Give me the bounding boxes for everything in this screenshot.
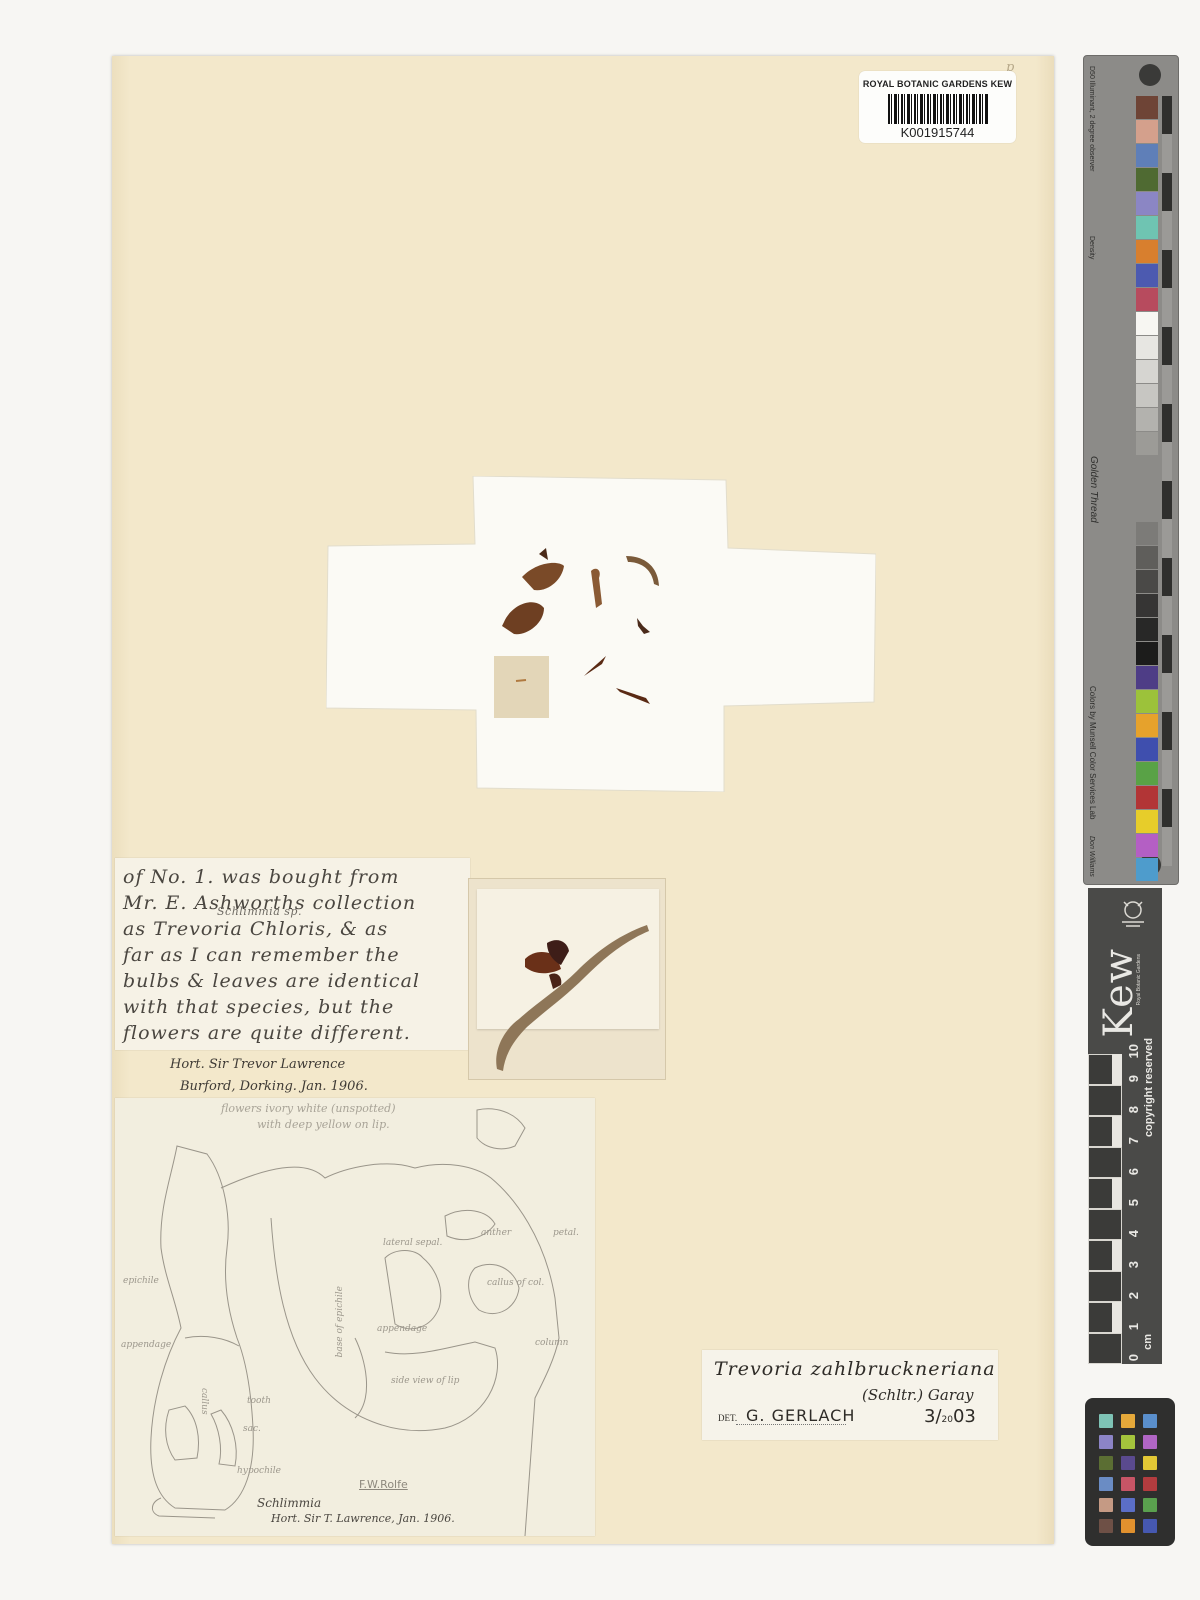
taxon-authority: (Schltr.) Garay	[862, 1386, 973, 1404]
checker-color-patch	[1143, 1435, 1157, 1449]
note-line: bulbs & leaves are identical	[123, 968, 462, 994]
drawing-caption-line: Hort. Sir T. Lawrence, Jan. 1906.	[271, 1512, 455, 1525]
label-epichile: epichile	[123, 1276, 159, 1286]
kew-cm-ruler	[1088, 1048, 1122, 1364]
pencil-drawing: flowers ivory white (unspotted) with dee…	[115, 1098, 595, 1536]
cm-tick-label: 3	[1126, 1261, 1141, 1268]
ruler-color-swatch	[1136, 384, 1158, 407]
cm-tick-label: 9	[1126, 1075, 1141, 1082]
checker-color-patch	[1121, 1519, 1135, 1533]
cm-tick-label: 8	[1126, 1106, 1141, 1113]
label-column: column	[535, 1338, 568, 1348]
ruler-header: D50 Illuminant, 2 degree observer	[1088, 66, 1095, 171]
orchid-drawing-icon	[115, 1098, 595, 1536]
note-line: far as I can remember the	[123, 942, 462, 968]
cm-tick-label: 7	[1126, 1137, 1141, 1144]
checker-color-patch	[1143, 1477, 1157, 1491]
ruler-color-swatch	[1136, 522, 1158, 545]
artist-signature: F.W.Rolfe	[359, 1478, 408, 1491]
label-hypochile: hypochile	[237, 1466, 281, 1476]
cm-segment-marker	[1112, 1302, 1122, 1333]
label-appendage-center: appendage	[377, 1324, 427, 1334]
checker-color-patch	[1143, 1519, 1157, 1533]
ruler-color-swatch	[1136, 96, 1158, 119]
kew-scale-bar: Kew Royal Botanic Gardens copyright rese…	[1088, 888, 1162, 1364]
checker-color-patch	[1121, 1435, 1135, 1449]
cm-tick-label: 5	[1126, 1199, 1141, 1206]
checker-color-patch	[1143, 1414, 1157, 1428]
checker-color-patch	[1121, 1414, 1135, 1428]
ruler-color-swatch	[1136, 714, 1158, 737]
checker-color-patch	[1143, 1498, 1157, 1512]
note-line: flowers are quite different.	[123, 1020, 462, 1046]
label-lateral-sepal: lateral sepal.	[383, 1238, 442, 1248]
checker-color-patch	[1099, 1435, 1113, 1449]
cm-tick-label: 2	[1126, 1292, 1141, 1299]
ruler-color-swatch	[1136, 618, 1158, 641]
copyright-text: copyright reserved	[1143, 1038, 1155, 1137]
det-label: DET.	[718, 1413, 737, 1423]
flower-envelope	[468, 878, 666, 1080]
label-callus-of-column: callus of col.	[487, 1278, 544, 1288]
ruler-color-swatch	[1136, 666, 1158, 689]
cm-tick-label: 0	[1126, 1354, 1141, 1361]
checker-color-patch	[1099, 1477, 1113, 1491]
ruler-hole-icon	[1139, 64, 1161, 86]
note-insertion: Schlimmia sp.	[217, 899, 302, 925]
ruler-color-swatch	[1136, 408, 1158, 431]
taxon-name: Trevoria zahlbruckneriana	[714, 1358, 996, 1380]
color-calibration-ruler: D50 Illuminant, 2 degree observer Densit…	[1083, 55, 1179, 885]
royal-crest-icon	[1118, 896, 1148, 930]
cm-segment-marker	[1112, 1240, 1122, 1271]
cm-segment	[1088, 1271, 1122, 1302]
label-side-view-of-lip: side view of lip	[391, 1376, 459, 1386]
kew-logo-subtitle: Royal Botanic Gardens	[1136, 954, 1142, 1005]
institution-name: ROYAL BOTANIC GARDENS KEW	[859, 79, 1016, 89]
ruler-color-swatch	[1136, 336, 1158, 359]
color-checker-card	[1085, 1398, 1175, 1546]
barcode-label: ROYAL BOTANIC GARDENS KEW K001915744	[859, 71, 1016, 143]
date-day-month: 3/	[924, 1406, 942, 1427]
checker-color-patch	[1143, 1456, 1157, 1470]
checker-color-patch	[1099, 1498, 1113, 1512]
cm-segment	[1088, 1209, 1122, 1240]
determination-date: 3/2003	[924, 1406, 976, 1427]
locality-note: Hort. Sir Trevor Lawrence Burford, Dorki…	[170, 1054, 368, 1098]
ruler-color-swatch	[1136, 120, 1158, 143]
ruler-color-swatch	[1136, 360, 1158, 383]
cm-tick-label: 4	[1126, 1230, 1141, 1237]
ruler-cm-scale	[1162, 96, 1172, 866]
ruler-footer: Colors by Munsell Color Services Lab	[1088, 686, 1097, 819]
label-sac: sac.	[243, 1424, 261, 1434]
cm-segment-marker	[1112, 1116, 1122, 1147]
handwritten-note: of No. 1. was bought from Mr. E. Ashwort…	[115, 858, 470, 1050]
ruler-color-swatch	[1136, 168, 1158, 191]
checker-color-patch	[1121, 1456, 1135, 1470]
cm-unit-label: cm	[1142, 1334, 1154, 1350]
note-line: of No. 1. was bought from	[123, 864, 462, 890]
cm-segment	[1088, 1085, 1122, 1116]
ruler-color-swatch	[1136, 192, 1158, 215]
cm-tick-label: 6	[1126, 1168, 1141, 1175]
pressed-flower-icon	[469, 879, 667, 1081]
label-anther: anther	[481, 1228, 511, 1238]
drawing-header-line: with deep yellow on lip.	[257, 1118, 390, 1131]
ruler-color-swatch	[1136, 570, 1158, 593]
ruler-color-swatch	[1136, 858, 1158, 881]
ruler-color-swatch	[1136, 690, 1158, 713]
locality-line: Burford, Dorking. Jan. 1906.	[180, 1076, 368, 1098]
checker-color-patch	[1099, 1456, 1113, 1470]
determiner-name: G. GERLACH	[746, 1406, 855, 1425]
ruler-color-swatch	[1136, 312, 1158, 335]
drawing-caption-line: Schlimmia	[257, 1496, 321, 1510]
barcode-icon	[888, 94, 988, 124]
checker-color-patch	[1121, 1477, 1135, 1491]
packet-fragments-icon	[326, 476, 876, 792]
ruler-color-swatch	[1136, 786, 1158, 809]
ruler-color-swatch	[1136, 216, 1158, 239]
ruler-color-swatch	[1136, 762, 1158, 785]
specimen-packet	[326, 476, 876, 792]
date-year: 03	[953, 1406, 976, 1427]
ruler-color-swatch	[1136, 288, 1158, 311]
ruler-color-swatch	[1136, 810, 1158, 833]
locality-line: Hort. Sir Trevor Lawrence	[170, 1054, 368, 1076]
note-line: with that species, but the	[123, 994, 462, 1020]
ruler-color-swatch	[1136, 546, 1158, 569]
ruler-signature: Don Williams	[1088, 836, 1095, 877]
ruler-color-swatch	[1136, 432, 1158, 455]
checker-color-patch	[1121, 1498, 1135, 1512]
ruler-color-swatch	[1136, 834, 1158, 857]
label-base-of-epichile: base of epichile	[335, 1286, 345, 1357]
ruler-color-swatch	[1136, 264, 1158, 287]
checker-color-patch	[1099, 1519, 1113, 1533]
cm-tick-label: 10	[1126, 1044, 1141, 1058]
drawing-header-line: flowers ivory white (unspotted)	[221, 1102, 396, 1115]
ruler-color-swatch	[1136, 738, 1158, 761]
ruler-density-label: Density	[1088, 236, 1095, 259]
ruler-color-swatch	[1136, 144, 1158, 167]
ruler-color-swatch	[1136, 240, 1158, 263]
cm-segment	[1088, 1333, 1122, 1364]
checker-color-patch	[1099, 1414, 1113, 1428]
label-tooth: tooth	[247, 1396, 271, 1406]
determination-slip: Trevoria zahlbruckneriana (Schltr.) Gara…	[702, 1350, 998, 1440]
label-petal: petal.	[553, 1228, 579, 1238]
cm-segment-marker	[1112, 1178, 1122, 1209]
cm-tick-label: 1	[1126, 1323, 1141, 1330]
label-appendage-left: appendage	[121, 1340, 171, 1350]
label-callus: callus	[199, 1388, 209, 1415]
ruler-brand: Golden Thread	[1088, 456, 1099, 523]
ruler-color-swatch	[1136, 642, 1158, 665]
barcode-number: K001915744	[859, 125, 1016, 140]
cm-segment-marker	[1112, 1054, 1122, 1085]
cm-segment	[1088, 1147, 1122, 1178]
date-prefix: 20	[942, 1415, 953, 1425]
ruler-color-swatch	[1136, 594, 1158, 617]
